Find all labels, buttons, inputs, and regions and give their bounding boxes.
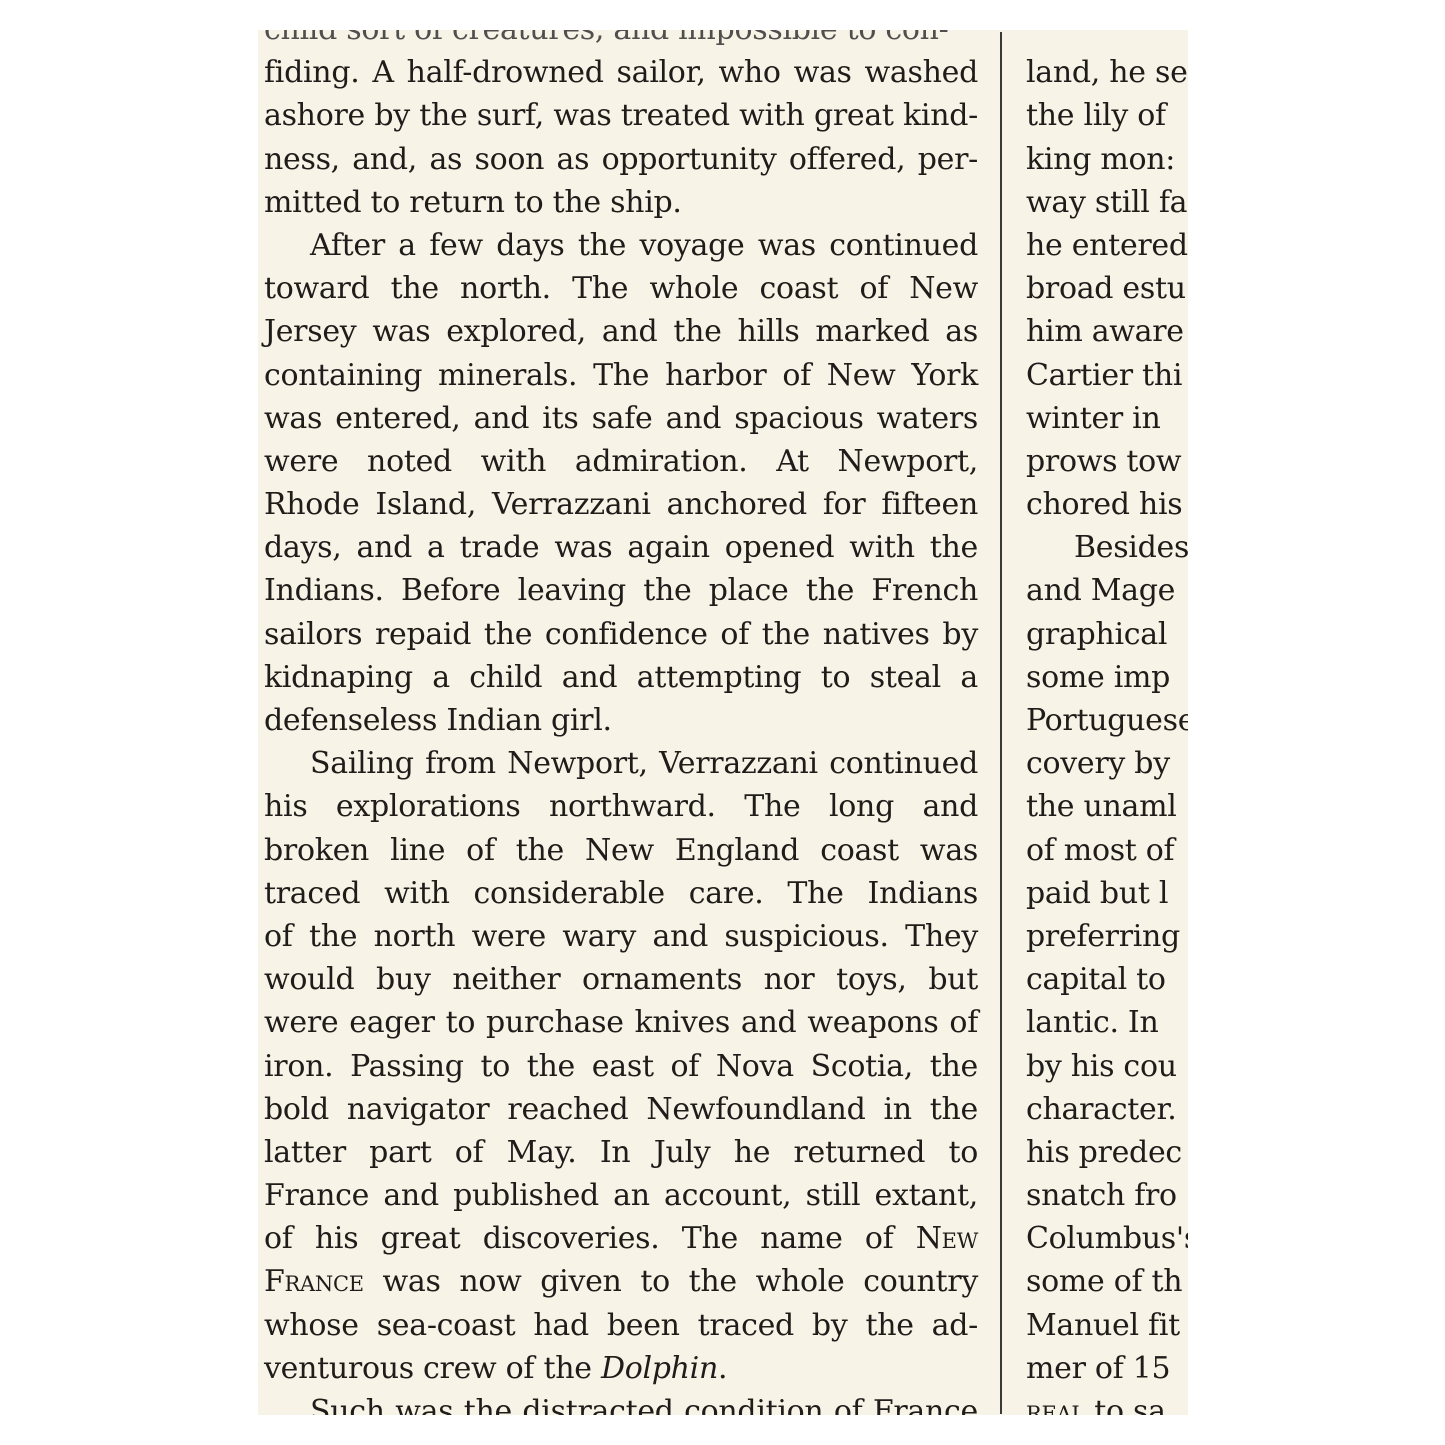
text-line: Manuel fit	[1026, 1304, 1188, 1347]
text-line: prows tow	[1026, 440, 1188, 483]
text-line: preferring	[1026, 915, 1188, 958]
text-line: some imp	[1026, 656, 1188, 699]
text-line: his explorations northward. The long and	[264, 785, 978, 828]
text-line: king mon:	[1026, 138, 1188, 181]
text-line: way still fa	[1026, 181, 1188, 224]
paragraph-4: Such was the distracted condition of Fra…	[264, 1390, 978, 1415]
text-line: mitted to return to the ship.	[264, 181, 978, 224]
text-line: Rhode Island, Verrazzani anchored for fi…	[264, 483, 978, 526]
text-line: traced with considerable care. The India…	[264, 872, 978, 915]
text-span: of his great discoveries. The name of	[264, 1221, 916, 1256]
text-line: would buy neither ornaments nor toys, bu…	[264, 958, 978, 1001]
text-line: capital to	[1026, 958, 1188, 1001]
text-line: the lily of	[1026, 94, 1188, 137]
text-line: France was now given to the whole countr…	[264, 1260, 978, 1303]
left-column: child sort of creatures, and impossible …	[264, 30, 978, 1415]
text-line: real to sa	[1026, 1390, 1188, 1415]
text-line: was entered, and its safe and spacious w…	[264, 397, 978, 440]
text-span: to sa	[1085, 1394, 1166, 1415]
text-line: latter part of May. In July he returned …	[264, 1131, 978, 1174]
text-line: he entered	[1026, 224, 1188, 267]
text-line: bold navigator reached Newfoundland in t…	[264, 1088, 978, 1131]
text-line: were eager to purchase knives and weapon…	[264, 1001, 978, 1044]
text-line: by his cou	[1026, 1045, 1188, 1088]
text-line: After a few days the voyage was continue…	[264, 224, 978, 267]
text-line: kidnaping a child and attempting to stea…	[264, 656, 978, 699]
smallcaps-new: New	[916, 1221, 978, 1256]
text-line: venturous crew of the Dolphin.	[264, 1347, 978, 1390]
text-line: some of th	[1026, 1260, 1188, 1303]
text-line: of most of	[1026, 829, 1188, 872]
text-line: toward the north. The whole coast of New	[264, 267, 978, 310]
text-line: paid but l	[1026, 872, 1188, 915]
smallcaps-real: real	[1026, 1394, 1085, 1415]
text-line: mer of 15	[1026, 1347, 1188, 1390]
paragraph-3: Sailing from Newport, Verrazzani continu…	[264, 742, 978, 1390]
text-line: sailors repaid the confidence of the nat…	[264, 613, 978, 656]
text-line: his predec	[1026, 1131, 1188, 1174]
text-line: graphical	[1026, 613, 1188, 656]
book-page: child sort of creatures, and impossible …	[258, 30, 1188, 1415]
text-line: Besides	[1026, 526, 1188, 569]
text-line: fiding. A half-drowned sailor, who was w…	[264, 51, 978, 94]
column-divider	[1000, 32, 1002, 1414]
text-line: Columbus's	[1026, 1217, 1188, 1260]
text-line: iron. Passing to the east of Nova Scotia…	[264, 1045, 978, 1088]
text-line: and Mage	[1026, 569, 1188, 612]
text-span: .	[718, 1351, 727, 1386]
text-line: broad estu	[1026, 267, 1188, 310]
text-line: Portuguese	[1026, 699, 1188, 742]
paragraph-2: After a few days the voyage was continue…	[264, 224, 978, 742]
text-line: of the north were wary and suspicious. T…	[264, 915, 978, 958]
text-line: Indians. Before leaving the place the Fr…	[264, 569, 978, 612]
text-line: days, and a trade was again opened with …	[264, 526, 978, 569]
text-line: him aware	[1026, 310, 1188, 353]
text-line: winter in	[1026, 397, 1188, 440]
text-line: lantic. In	[1026, 1001, 1188, 1044]
text-line: whose sea-coast had been traced by the a…	[264, 1304, 978, 1347]
text-line: Such was the distracted condition of Fra…	[264, 1390, 978, 1415]
text-line: ashore by the surf, was treated with gre…	[264, 94, 978, 137]
text-line: France and published an account, still e…	[264, 1174, 978, 1217]
text-span: venturous crew of the	[264, 1351, 601, 1386]
right-column: land, he se the lily of king mon: way st…	[1026, 30, 1188, 1415]
text-line: defenseless Indian girl.	[264, 699, 978, 742]
text-line: Jersey was explored, and the hills marke…	[264, 310, 978, 353]
text-line: containing minerals. The harbor of New Y…	[264, 354, 978, 397]
text-line: covery by	[1026, 742, 1188, 785]
ship-name: Dolphin	[601, 1351, 718, 1386]
text-line: broken line of the New England coast was	[264, 829, 978, 872]
text-line: were noted with admiration. At Newport,	[264, 440, 978, 483]
text-line: snatch fro	[1026, 1174, 1188, 1217]
smallcaps-france: France	[264, 1264, 364, 1299]
text-line: the unaml	[1026, 785, 1188, 828]
paragraph-1: fiding. A half-drowned sailor, who was w…	[264, 51, 978, 224]
cutoff-line: child sort of creatures, and impossible …	[264, 30, 978, 51]
text-line: chored his	[1026, 483, 1188, 526]
text-line: Sailing from Newport, Verrazzani continu…	[264, 742, 978, 785]
text-span: was now given to the whole country	[364, 1264, 978, 1299]
text-line: ness, and, as soon as opportunity offere…	[264, 138, 978, 181]
text-line: character.	[1026, 1088, 1188, 1131]
text-line: of his great discoveries. The name of Ne…	[264, 1217, 978, 1260]
text-line: land, he se	[1026, 51, 1188, 94]
text-line: Cartier thi	[1026, 354, 1188, 397]
